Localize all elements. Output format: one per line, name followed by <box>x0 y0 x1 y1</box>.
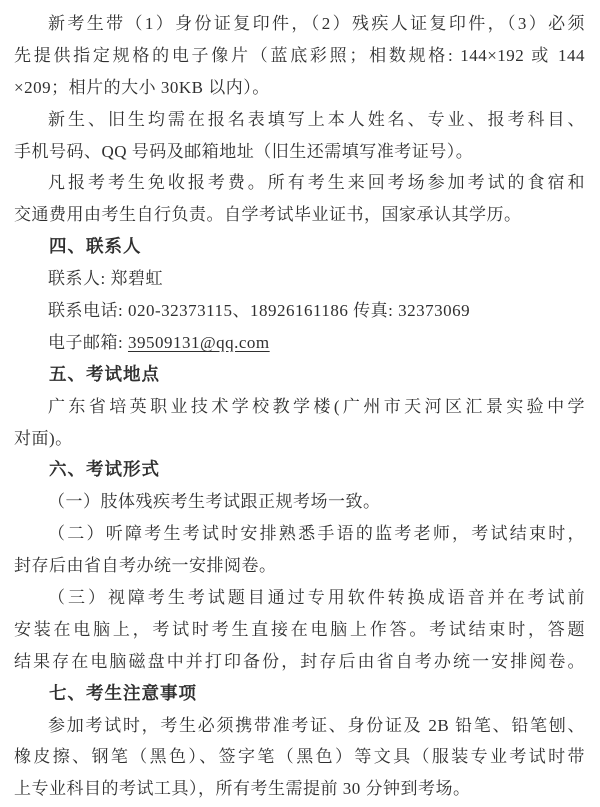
fee-line-2: 交通费用由考生自行负责。自学考试毕业证书，国家承认其学历。 <box>14 199 585 231</box>
exam-format-item3-line-3: 结果存在电脑磁盘中并打印备份，封存后由省自考办统一安排阅卷。 <box>14 646 585 678</box>
contact-email-label: 电子邮箱: <box>48 333 128 352</box>
section-heading-contact: 四、联系人 <box>14 231 585 263</box>
notes-line-3: 上专业科目的考试工具），所有考生需提前 30 分钟到考场。 <box>14 773 585 805</box>
location-line-1: 广东省培英职业技术学校教学楼(广州市天河区汇景实验中学 <box>14 391 585 423</box>
contact-phone-line: 联系电话: 020-32373115、18926161186 传真: 32373… <box>14 295 585 327</box>
form-fill-line-1: 新生、旧生均需在报名表填写上本人姓名、专业、报考科目、 <box>14 104 585 136</box>
exam-format-item2-line-1: （二）听障考生考试时安排熟悉手语的监考老师，考试结束时， <box>14 518 585 550</box>
intro-line-1: 新考生带（1）身份证复印件，（2）残疾人证复印件，（3）必须 <box>14 8 585 40</box>
section-heading-notes: 七、考生注意事项 <box>14 678 585 710</box>
scanned-notice-page: 新考生带（1）身份证复印件，（2）残疾人证复印件，（3）必须 先提供指定规格的电… <box>0 0 600 807</box>
exam-format-item1-line-1: （一）肢体残疾考生考试跟正规考场一致。 <box>14 486 585 518</box>
intro-line-2: 先提供指定规格的电子像片（蓝底彩照；相数规格: 144×192 或 144 <box>14 40 585 72</box>
section-heading-location: 五、考试地点 <box>14 359 585 391</box>
form-fill-line-2: 手机号码、QQ 号码及邮箱地址（旧生还需填写准考证号）。 <box>14 136 585 168</box>
contact-email-link[interactable]: 39509131@qq.com <box>128 333 270 352</box>
exam-format-item2-line-2: 封存后由省自考办统一安排阅卷。 <box>14 550 585 582</box>
contact-email-line: 电子邮箱: 39509131@qq.com <box>14 327 585 359</box>
section-heading-exam-format: 六、考试形式 <box>14 454 585 486</box>
notes-line-1: 参加考试时，考生必须携带准考证、身份证及 2B 铅笔、铅笔刨、 <box>14 710 585 742</box>
fee-line-1: 凡报考考生免收报考费。所有考生来回考场参加考试的食宿和 <box>14 167 585 199</box>
exam-format-item3-line-2: 安装在电脑上，考试时考生直接在电脑上作答。考试结束时，答题 <box>14 614 585 646</box>
intro-line-3: ×209；相片的大小 30KB 以内）。 <box>14 72 585 104</box>
contact-person-line: 联系人: 郑碧虹 <box>14 263 585 295</box>
notes-line-2: 橡皮擦、钢笔（黑色）、签字笔（黑色）等文具（服装专业考试时带 <box>14 741 585 773</box>
exam-format-item3-line-1: （三）视障考生考试题目通过专用软件转换成语音并在考试前 <box>14 582 585 614</box>
location-line-2: 对面)。 <box>14 423 585 455</box>
